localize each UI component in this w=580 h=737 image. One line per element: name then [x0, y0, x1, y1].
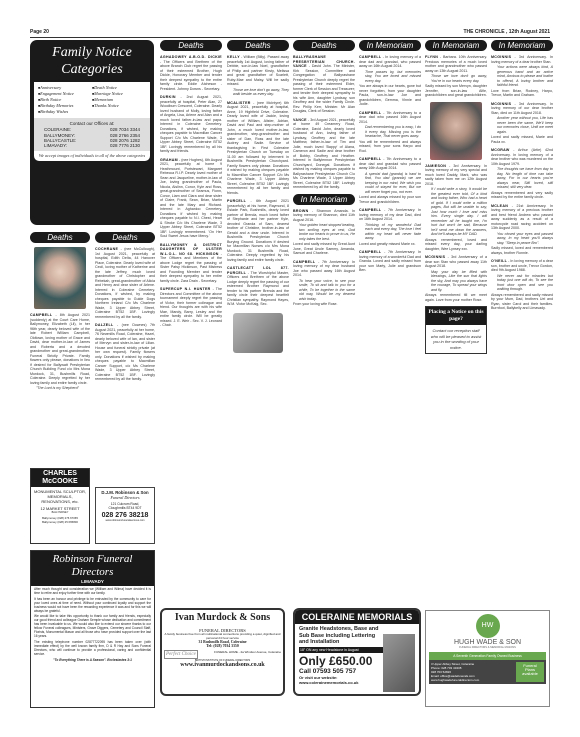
category-item: Thanks Notice: [92, 103, 146, 109]
notice-verse: To hear your voice, to see your smile, T…: [293, 279, 355, 302]
placing-notice-box: Placing a Notice on this page? Contact o…: [425, 306, 487, 354]
ad-services: MONUMENTAL SCULPTOR, MEMORIALS, RENOVATI…: [31, 487, 89, 506]
notice-name: CAMPBELL: [359, 157, 381, 161]
notice-name: CAMPBELL: [359, 55, 381, 59]
notice-name: COCHRANE: [95, 247, 118, 251]
ad-phone: Tel: (028) 7034 3350: [164, 644, 281, 648]
notice-verse: The thoughts we have from day to day, No…: [491, 167, 553, 190]
notice-name: CAMPBELL: [30, 313, 52, 317]
section-in-memoriam: In Memoriam: [359, 40, 421, 51]
perfect-choice-logo: Perfect Choice: [164, 650, 198, 659]
section-deaths: Deaths: [293, 40, 355, 51]
section-deaths: Deaths: [30, 232, 90, 243]
notice-verse: A special dad (granda) is hard to find, …: [359, 172, 421, 195]
notice: BALLYMONEY & DISTRICT DAUGHTERS OF ULSTE…: [160, 243, 222, 284]
office-row: LIMAVADY:028 7776 2130: [44, 143, 140, 148]
ad-name: CHARLES: [32, 470, 88, 478]
notice: FLYNN - Barbara. 10th Anniversary. Preci…: [425, 55, 487, 98]
notice-name: CASTLECATT LOL 877. PURCELL: [227, 266, 289, 275]
funeral-home: FUNERAL HOME - 2a Windsor Avenue, Colera…: [214, 650, 281, 659]
notice-verse: Your actions were always kind, A generou…: [491, 65, 553, 88]
section-in-memoriam: In Memoriam: [293, 194, 355, 205]
ad-title: Robinson Funeral Directors: [33, 553, 152, 579]
contact-offices: Contact our Offices at: COLERAINE:028 70…: [34, 118, 150, 151]
notice-verse: Thinking of my wonderful Dad each and ev…: [359, 223, 421, 241]
notice: MCGINNIS - 3rd Anniversary of a dear son…: [425, 255, 487, 302]
notice: JAMIESON - 3rd Anniversary. In loving me…: [425, 164, 487, 252]
notice-verse: May your day be filled with blessings, L…: [425, 270, 487, 293]
notice: MCALISTER - (nee McIntyre) 6th August 20…: [227, 101, 289, 196]
notice-name: PURCELL: [227, 199, 246, 203]
notice-verse: Those we love don't go away, You're in o…: [425, 74, 487, 83]
ad-website: www.ivanmurdockandsons.co.uk: [164, 662, 281, 668]
ad-paragraph: After much thought and consideration we …: [34, 588, 151, 596]
notice-name: VANCE: [293, 118, 307, 122]
memoriam-column-8: In Memoriam MCGINNIS - 3rd Anniversary. …: [491, 40, 553, 315]
ad-tagline: A family business free from all multinat…: [164, 633, 281, 640]
notice-signoff: Sadly missed, loved and remembered alway…: [491, 246, 553, 255]
notice-name: FLYNN: [425, 55, 438, 59]
notice-signoff: Loved and sadly missed, Marie and Paula …: [491, 135, 553, 144]
notice: SUPERCUP N.I. HUNTER - The Directors and…: [160, 287, 222, 328]
notice: BROWN - Shannon Amanda. In loving memory…: [293, 209, 355, 256]
notice-name: MCGINNIS: [491, 102, 511, 106]
notice: AGHADOWEY A.B.O.D. DICKIE - The Officers…: [160, 55, 222, 91]
ad-coleraine-memorials: COLERAINE MEMORIALS Granite Headstones, …: [293, 608, 421, 696]
notice-name: MCGINNIS: [491, 55, 511, 59]
office-name: LIMAVADY:: [44, 143, 67, 148]
ad-website: www.robinsonsfuneralservices.com: [98, 519, 152, 522]
notice-signoff: Love from Brian, Rodney, Harpo, Trevor, …: [491, 89, 553, 98]
ad-paragraph: We would like to take this opportunity t…: [34, 615, 151, 638]
ad-paragraph: The existing telephone number 0287772209…: [34, 641, 151, 657]
notice-signoff: Always remembered, loved and missed ever…: [425, 238, 487, 252]
notice: COCHRANE - (nee McCullough), 1st August …: [95, 247, 155, 319]
notice-verse: "The Lord is my Shepherd": [30, 386, 90, 391]
ad-town: LIMAVADY: [33, 579, 152, 584]
bible-image: [233, 313, 283, 353]
notice: DALZELL - (nee Downes) 7th August 2021, …: [95, 323, 155, 382]
ad-robinson-funeral: Robinson Funeral DirectorsLIMAVADY After…: [30, 550, 155, 708]
ad-charles-mccooke: CHARLESMcCOOKE MONUMENTAL SCULPTOR, MEMO…: [30, 468, 90, 544]
ad-phone: Ballymoney (028) 25 665800: [31, 520, 89, 524]
notice-signoff: Loved and greatly missed Marie xx.: [359, 242, 421, 247]
ad-name: McCOOKE: [32, 478, 88, 486]
notice-name: KELLY: [227, 55, 240, 59]
notice: CAMPBELL - In loving memory of a dear da…: [359, 55, 421, 107]
deaths-column-1: Deaths CAMPBELL - 8th August 2021 (sudde…: [30, 232, 90, 395]
page-header: Page 20 THE CHRONICLE , 12th August 2021: [30, 28, 550, 38]
notice-name: O'NEILL: [491, 259, 507, 263]
contact-title: Contact our Offices at:: [44, 121, 140, 126]
notice-name: DURKIN: [160, 95, 176, 99]
notice-name: BROWN: [293, 209, 308, 213]
notice-verse: Those we love don't go away, They walk b…: [227, 88, 289, 97]
notice: CAMPBELL - 7th Anniversary. In loving me…: [359, 208, 421, 246]
notice-verse: We never ask for miracles but today just…: [491, 274, 553, 292]
notice-name: JAMIESON: [425, 164, 446, 168]
notice: CAMPBELL - 7th Anniversary to a dear dad…: [359, 111, 421, 154]
ad-quote: "To Everything There is A Season". Eccle…: [34, 659, 151, 663]
ad-sub: Funeral Directors: [98, 495, 152, 500]
notice-verse: Your golden heart stopped beating, two s…: [293, 223, 355, 241]
notice-verse: Time passes by, but memories stay, You a…: [359, 70, 421, 84]
notice-signoff: Always remembered till we meet again. Lo…: [425, 293, 487, 302]
notice: CAMPBELL - 8th August 2021 (suddenly) at…: [30, 313, 90, 391]
ad-hugh-wade: HW HUGH WADE & SON FUNERAL DIRECTORS & M…: [425, 610, 550, 707]
notice-signoff: From your loving wife Rose.: [293, 302, 355, 307]
notice-name: MCGINNIS: [425, 255, 445, 259]
categories-title: Family Notice Categories: [34, 44, 150, 78]
notice-name: CAMPBELL: [359, 111, 381, 115]
section-deaths: Deaths: [227, 40, 289, 51]
notice: MCGRAW - Arthur (Artie) 42nd Anniversary…: [491, 148, 553, 200]
office-phone: 028 7776 2130: [110, 143, 140, 148]
ad-djm-robinson: D.J.M. Robinson & Son Funeral Directors …: [95, 487, 155, 544]
ad-address: 121 Culcrum Road, Cloughmills BT44 9DT: [106, 502, 144, 510]
ad-website: www.hughwadefuneraldirectors.com: [431, 678, 516, 682]
notice: MCGINNIS - 3rd Anniversary. In loving me…: [491, 102, 553, 145]
ad-name: HUGH WADE & SON: [426, 639, 549, 646]
notice-name: CAMPBELL: [359, 250, 381, 254]
ad-title: COLERAINE MEMORIALS: [295, 610, 419, 624]
funeral-plans-badge: Funeral Plans available: [516, 662, 544, 682]
ad-town: BALLYMONEY: [31, 511, 89, 514]
notice-name: CAMPBELL: [359, 208, 381, 212]
portrait-photo: [430, 102, 482, 160]
accept-images-note: We accept images of individuals in all o…: [34, 151, 150, 161]
notice: MCGINNIS - 3rd Anniversary. In loving me…: [491, 55, 553, 98]
notice-signoff: Always remembered and sadly missed by yo…: [491, 293, 553, 311]
deaths-column-2: Deaths COCHRANE - (nee McCullough), 1st …: [95, 232, 155, 386]
notice: CASTLECATT LOL 877. PURCELL - The Worshi…: [227, 266, 289, 307]
notice-signoff: Sadly missed by son Mervyn, daughter Jen…: [425, 84, 487, 98]
notice: DURKIN - 2nd August 2021, peacefully at …: [160, 95, 222, 154]
notice: MCLEAN - 21st Anniversary. In loving mem…: [491, 204, 553, 256]
notice: O'NEILL - In loving memory of a dear son…: [491, 259, 553, 311]
ad-offer: 18" ON any new Headstone in August: [299, 647, 383, 653]
ad-phone: 028 276 38218: [98, 512, 152, 519]
notice-name: MCALISTER: [227, 101, 251, 105]
category-item: Birthday Wishes: [38, 109, 92, 115]
memoriam-column-7: In Memoriam FLYNN - Barbara. 10th Annive…: [425, 40, 487, 354]
notice: CAMPBELL - 7th Anniversary. In loving me…: [293, 260, 355, 307]
memoriam-column-6: In Memoriam CAMPBELL - In loving memory …: [359, 40, 421, 277]
notice-verse: Dad remembering you is easy, I do it eve…: [359, 125, 421, 139]
notice: PURCELL - 6th August 2021 (peacefully) a…: [227, 199, 289, 262]
deaths-column-4: Deaths KELLY - William (Billy). Passed a…: [227, 40, 289, 353]
section-in-memoriam: In Memoriam: [491, 40, 553, 51]
page-number: Page 20: [30, 29, 49, 35]
notice-name: AGHADOWEY A.B.O.D. DICKIE: [160, 55, 222, 59]
notice-name: MCLEAN: [491, 204, 508, 208]
notice-name: GRAHAM: [160, 158, 178, 162]
hugh-wade-logo: HW: [476, 614, 500, 638]
section-deaths: Deaths: [160, 40, 222, 51]
notice-signoff: You will be remembered and always missed…: [359, 140, 421, 154]
family-notice-categories: Family Notice Categories AnniversaryDeat…: [30, 40, 154, 225]
masthead: THE CHRONICLE , 12th August 2021: [464, 29, 551, 35]
notice-signoff: Loved and always missed by your son Trev…: [359, 195, 421, 204]
notice-name: BALLYRASHANE PRESBYTERIAN CHURCH. VANCE: [293, 55, 355, 68]
notice-verse: Another year without you, Life has never…: [491, 116, 553, 134]
notice-signoff: Always remembered and very sadly missed …: [491, 191, 553, 200]
headstone-image: [383, 634, 415, 692]
ad-ivan-murdock: Ivan Murdock & Sons FUNERAL DIRECTORS A …: [160, 608, 285, 696]
notice-name: MCGRAW: [491, 148, 510, 152]
deaths-column-5: Deaths BALLYRASHANE PRESBYTERIAN CHURCH.…: [293, 40, 355, 311]
notice: BALLYRASHANE PRESBYTERIAN CHURCH. VANCE …: [293, 55, 355, 114]
notice: KELLY - William (Billy). Passed away pea…: [227, 55, 289, 97]
notice: GRAHAM - (nee Hughes), 6th August 2021, …: [160, 158, 222, 239]
section-in-memoriam: In Memoriam: [425, 40, 487, 51]
notice-name: DALZELL: [95, 323, 113, 327]
notice: CAMPBELL - 7th Anniversary to a dear dad…: [359, 157, 421, 204]
placing-text: Contact our reception staff who will be …: [426, 325, 486, 353]
notice-signoff: Loved and sadly missed by Great Aunt Jun…: [293, 242, 355, 256]
ad-paragraph: It has been an honour and privilege to b…: [34, 598, 151, 614]
ad-banner: A Seventh Generation Family Owned Busine…: [429, 652, 546, 660]
notice: CAMPBELL - 7th Anniversary. In loving me…: [359, 250, 421, 273]
notice: VANCE - 3rd August 2021, peacefully at h…: [293, 118, 355, 190]
notice-name: BALLYMONEY & DISTRICT DAUGHTERS OF ULSTE…: [160, 243, 222, 256]
section-deaths: Deaths: [95, 232, 155, 243]
ad-name: Ivan Murdock & Sons: [164, 612, 281, 623]
portrait-photo: [34, 247, 86, 309]
notice-verse: You closed your eyes and passed away, In…: [491, 232, 553, 246]
ad-sub: FUNERAL DIRECTORS & MEMORIAL MASONS: [426, 646, 549, 649]
deaths-column-3: Deaths AGHADOWEY A.B.O.D. DICKIE - The O…: [160, 40, 222, 332]
notice-name: CAMPBELL: [293, 260, 315, 264]
categories-list: AnniversaryDeath NoticeEngagement Notice…: [34, 82, 150, 118]
notice-name: SUPERCUP N.I. HUNTER: [160, 287, 211, 291]
placing-title: Placing a Notice on this page?: [426, 307, 486, 325]
notice-verse: If I could write a story, It would be th…: [425, 187, 487, 237]
notice-signoff: You are always in our hearts, gone but n…: [359, 84, 421, 107]
